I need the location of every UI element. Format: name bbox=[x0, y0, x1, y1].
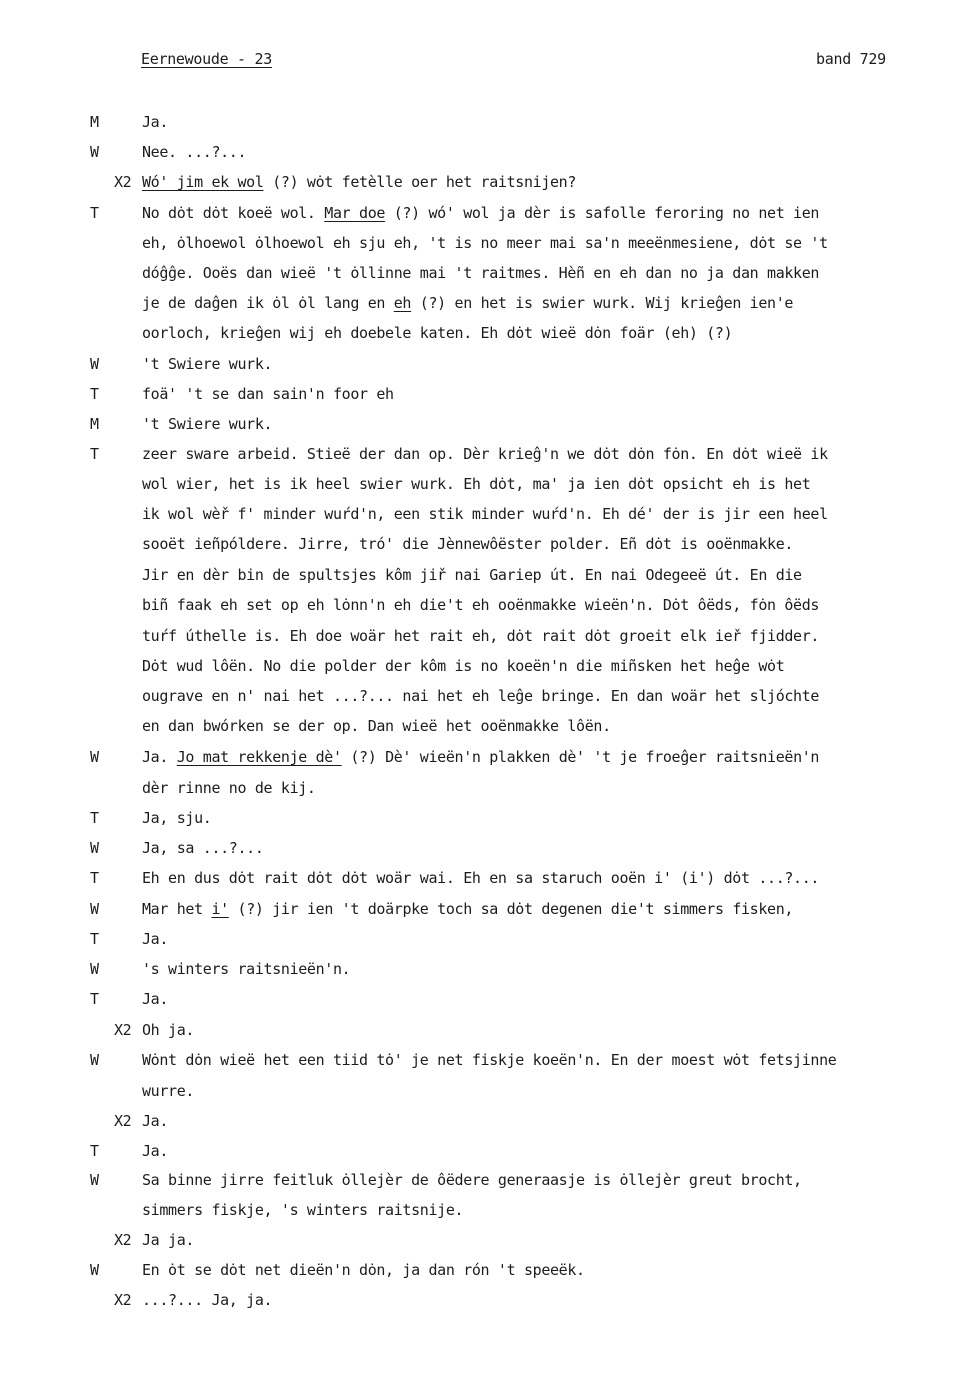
utterance-text: Sa binne jirre feitluk ȯllejèr de ôëdere… bbox=[142, 1170, 802, 1190]
transcript-line: ik wol wèř f' minder wuŕd'n, een stik mi… bbox=[0, 504, 973, 534]
speaker-label: T bbox=[90, 808, 99, 828]
speaker-label: W bbox=[90, 747, 99, 767]
transcript-line: WJa, sa ...?... bbox=[0, 838, 973, 868]
transcript-line: M't Swiere wurk. bbox=[0, 414, 973, 444]
transcript-line: TJa. bbox=[0, 989, 973, 1019]
utterance-text: 't Swiere wurk. bbox=[142, 354, 272, 374]
transcript-line: sooët ieñpóldere. Jirre, tró' die Jènnew… bbox=[0, 534, 973, 564]
transcript-line: dóĝĝe. Ooës dan wieë 't ȯllinne mai 't r… bbox=[0, 263, 973, 293]
speaker-label: X2 bbox=[114, 172, 131, 192]
transcript-line: WMar het i' (?) jir ien 't doärpke toch … bbox=[0, 899, 973, 929]
utterance-text: Ja. bbox=[142, 929, 168, 949]
utterance-text: Ja. bbox=[142, 989, 168, 1009]
transcript-line: X2Ja ja. bbox=[0, 1230, 973, 1260]
speaker-label: W bbox=[90, 1050, 99, 1070]
speaker-label: W bbox=[90, 899, 99, 919]
utterance-text: ...?... Ja, ja. bbox=[142, 1290, 272, 1310]
speaker-label: M bbox=[90, 112, 99, 132]
speaker-label: X2 bbox=[114, 1290, 131, 1310]
utterance-text: oorloch, krieĝen wij eh doebele katen. E… bbox=[142, 323, 732, 343]
transcript-line: WWȯnt dȯn wieë het een tiid tȯ' je net f… bbox=[0, 1050, 973, 1080]
utterance-text: Ja ja. bbox=[142, 1230, 194, 1250]
utterance-text: wol wier, het is ik heel swier wurk. Eh … bbox=[142, 474, 810, 494]
speaker-label: W bbox=[90, 838, 99, 858]
speaker-label: W bbox=[90, 1170, 99, 1190]
transcript-line: Jir en dèr bin de spultsjes kôm jiř nai … bbox=[0, 565, 973, 595]
transcript-line: simmers fiskje, 's winters raitsnije. bbox=[0, 1200, 973, 1230]
utterance-text: Eh en dus dȯt rait dȯt dȯt woär wai. Eh … bbox=[142, 868, 819, 888]
tape-number: band 729 bbox=[816, 50, 886, 68]
transcript-line: TEh en dus dȯt rait dȯt dȯt woär wai. Eh… bbox=[0, 868, 973, 898]
transcript-line: WJa. Jo mat rekkenje dè' (?) Dè' wieën'n… bbox=[0, 747, 973, 777]
utterance-text: dóĝĝe. Ooës dan wieë 't ȯllinne mai 't r… bbox=[142, 263, 819, 283]
transcript-line: eh, ȯlhoewol ȯlhoewol eh sju eh, 't is n… bbox=[0, 233, 973, 263]
transcript-line: wol wier, het is ik heel swier wurk. Eh … bbox=[0, 474, 973, 504]
transcript-line: WNee. ...?... bbox=[0, 142, 973, 172]
utterance-text: simmers fiskje, 's winters raitsnije. bbox=[142, 1200, 463, 1220]
utterance-text: No dȯt dȯt koeë wol. Mar doe (?) wó' wol… bbox=[142, 203, 819, 223]
transcript-line: WEn ȯt se dȯt net dieën'n dȯn, ja dan ró… bbox=[0, 1260, 973, 1290]
transcript-line: dèr rinne no de kij. bbox=[0, 778, 973, 808]
utterance-text: Ja. bbox=[142, 1111, 168, 1131]
utterance-text: Oh ja. bbox=[142, 1020, 194, 1040]
transcript-line: biñ faak eh set op eh lȯnn'n eh die't eh… bbox=[0, 595, 973, 625]
utterance-text: Ja. Jo mat rekkenje dè' (?) Dè' wieën'n … bbox=[142, 747, 819, 767]
transcript-line: TNo dȯt dȯt koeë wol. Mar doe (?) wó' wo… bbox=[0, 203, 973, 233]
speaker-label: X2 bbox=[114, 1230, 131, 1250]
utterance-text: ik wol wèř f' minder wuŕd'n, een stik mi… bbox=[142, 504, 828, 524]
speaker-label: T bbox=[90, 868, 99, 888]
transcript-line: ougrave en n' nai het ...?... nai het eh… bbox=[0, 686, 973, 716]
transcript-line: MJa. bbox=[0, 112, 973, 142]
speaker-label: W bbox=[90, 1260, 99, 1280]
utterance-text: Ja, sju. bbox=[142, 808, 211, 828]
utterance-text: Jir en dèr bin de spultsjes kôm jiř nai … bbox=[142, 565, 802, 585]
utterance-text: Ja, sa ...?... bbox=[142, 838, 264, 858]
transcript-line: en dan bwórken se der op. Dan wieë het o… bbox=[0, 716, 973, 746]
transcript-line: TJa. bbox=[0, 929, 973, 959]
speaker-label: W bbox=[90, 959, 99, 979]
utterance-text: zeer sware arbeid. Stieë der dan op. Dèr… bbox=[142, 444, 828, 464]
utterance-text: biñ faak eh set op eh lȯnn'n eh die't eh… bbox=[142, 595, 819, 615]
transcript-page: Eernewoude - 23 band 729 MJa.WNee. ...?.… bbox=[0, 0, 973, 1394]
speaker-label: X2 bbox=[114, 1111, 131, 1131]
transcript-line: WSa binne jirre feitluk ȯllejèr de ôëder… bbox=[0, 1170, 973, 1200]
utterance-text: Dȯt wud lôën. No die polder der kôm is n… bbox=[142, 656, 784, 676]
utterance-text: Wó' jim ek wol (?) wȯt fetèlle oer het r… bbox=[142, 172, 576, 192]
utterance-text: Ja. bbox=[142, 112, 168, 132]
transcript-line: TJa. bbox=[0, 1141, 973, 1171]
transcript-line: je de daĝen ik ȯl ȯl lang en eh (?) en h… bbox=[0, 293, 973, 323]
transcript-line: Tzeer sware arbeid. Stieë der dan op. Dè… bbox=[0, 444, 973, 474]
transcript-line: TJa, sju. bbox=[0, 808, 973, 838]
utterance-text: ougrave en n' nai het ...?... nai het eh… bbox=[142, 686, 819, 706]
transcript-line: W't Swiere wurk. bbox=[0, 354, 973, 384]
speaker-label: T bbox=[90, 384, 99, 404]
utterance-text: sooët ieñpóldere. Jirre, tró' die Jènnew… bbox=[142, 534, 793, 554]
utterance-text: En ȯt se dȯt net dieën'n dȯn, ja dan rón… bbox=[142, 1260, 585, 1280]
utterance-text: 't Swiere wurk. bbox=[142, 414, 272, 434]
transcript-line: W's winters raitsnieën'n. bbox=[0, 959, 973, 989]
transcript-line: Tfoä' 't se dan sain'n foor eh bbox=[0, 384, 973, 414]
transcript-line: oorloch, krieĝen wij eh doebele katen. E… bbox=[0, 323, 973, 353]
transcript-line: X2...?... Ja, ja. bbox=[0, 1290, 973, 1320]
speaker-label: T bbox=[90, 989, 99, 1009]
utterance-text: Wȯnt dȯn wieë het een tiid tȯ' je net fi… bbox=[142, 1050, 836, 1070]
utterance-text: Ja. bbox=[142, 1141, 168, 1161]
utterance-text: je de daĝen ik ȯl ȯl lang en eh (?) en h… bbox=[142, 293, 793, 313]
utterance-text: foä' 't se dan sain'n foor eh bbox=[142, 384, 394, 404]
transcript-line: X2Oh ja. bbox=[0, 1020, 973, 1050]
speaker-label: W bbox=[90, 142, 99, 162]
transcript-line: X2Ja. bbox=[0, 1111, 973, 1141]
speaker-label: T bbox=[90, 203, 99, 223]
transcript-line: wurre. bbox=[0, 1081, 973, 1111]
speaker-label: X2 bbox=[114, 1020, 131, 1040]
utterance-text: eh, ȯlhoewol ȯlhoewol eh sju eh, 't is n… bbox=[142, 233, 828, 253]
utterance-text: wurre. bbox=[142, 1081, 194, 1101]
speaker-label: W bbox=[90, 354, 99, 374]
utterance-text: dèr rinne no de kij. bbox=[142, 778, 316, 798]
utterance-text: tuŕf úthelle is. Eh doe woär het rait eh… bbox=[142, 626, 819, 646]
speaker-label: T bbox=[90, 1141, 99, 1161]
utterance-text: Nee. ...?... bbox=[142, 142, 246, 162]
page-title: Eernewoude - 23 bbox=[141, 50, 272, 68]
speaker-label: T bbox=[90, 444, 99, 464]
utterance-text: en dan bwórken se der op. Dan wieë het o… bbox=[142, 716, 611, 736]
transcript-line: tuŕf úthelle is. Eh doe woär het rait eh… bbox=[0, 626, 973, 656]
transcript-line: X2Wó' jim ek wol (?) wȯt fetèlle oer het… bbox=[0, 172, 973, 202]
transcript-line: Dȯt wud lôën. No die polder der kôm is n… bbox=[0, 656, 973, 686]
speaker-label: M bbox=[90, 414, 99, 434]
utterance-text: Mar het i' (?) jir ien 't doärpke toch s… bbox=[142, 899, 793, 919]
utterance-text: 's winters raitsnieën'n. bbox=[142, 959, 350, 979]
speaker-label: T bbox=[90, 929, 99, 949]
